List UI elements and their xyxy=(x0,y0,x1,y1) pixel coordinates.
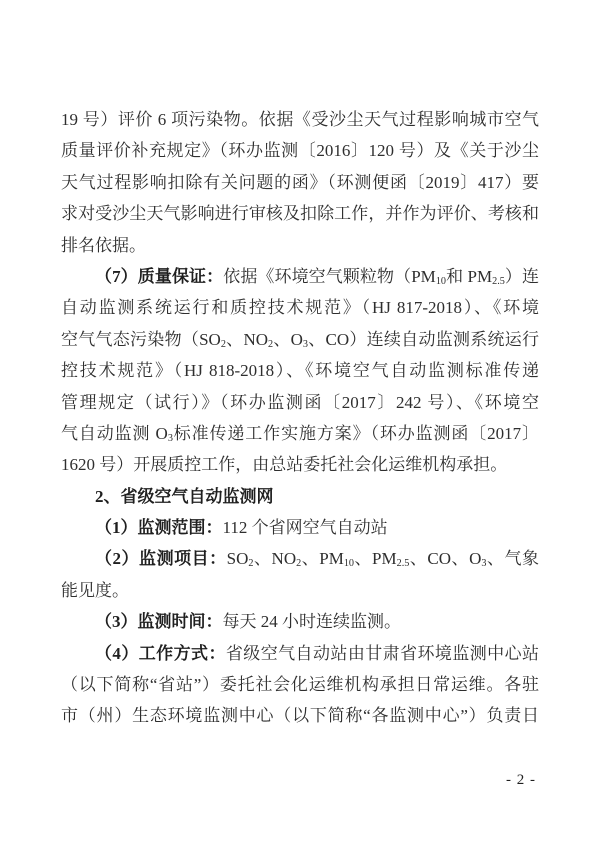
para-monitoring-items: （2）监测项目：SO2、NO2、PM10、PM2.5、CO、O3、气象五参数、能… xyxy=(61,543,539,606)
text-line: 空气气态污染物（SO2、NO2、O3、CO）连续自动监测系统运行和质 xyxy=(61,324,539,355)
body-text: SO xyxy=(227,549,249,568)
body-text: 依据《环境空气颗粒物（PM xyxy=(223,267,436,286)
text-line: 气自动监测 O3标准传递工作实施方案》（环办监测函〔2017〕 xyxy=(61,418,539,449)
para-sanddust-deduction: 19 号）评价 6 项污染物。依据《受沙尘天气过程影响城市空气质量评价补充规定》… xyxy=(61,104,539,261)
text-line: （4）工作方式：省级空气自动站由甘肃省环境监测中心站 xyxy=(61,638,539,669)
text-line: 能见度。 xyxy=(61,575,539,606)
body-text: 和 PM xyxy=(446,267,492,286)
bold-label: （7）质量保证： xyxy=(95,267,223,286)
para-monitoring-time: （3）监测时间：每天 24 小时连续监测。 xyxy=(61,606,539,637)
body-text: 112 个省网空气自动站 xyxy=(223,518,388,537)
para-monitoring-scope: （1）监测范围：112 个省网空气自动站 xyxy=(61,512,539,543)
text-line: 2、省级空气自动监测网 xyxy=(61,481,539,512)
body-text: 省级空气自动站由甘肃省环境监测中心站 xyxy=(226,644,539,663)
text-line: 控技术规范》（HJ 818-2018）、《环境空气自动监测标准传递 xyxy=(61,355,539,386)
text-line: 市（州）生态环境监测中心（以下简称“各监测中心”）负责日 xyxy=(61,700,539,731)
subscript-text: 10 xyxy=(344,559,354,570)
body-text: 气自动监测 O xyxy=(61,424,168,443)
body-text: 管理规定（试行）》（环办监测函〔2017〕242 号）、《环境空 xyxy=(61,393,539,412)
bold-label: （4）工作方式： xyxy=(95,644,226,663)
text-line: （以下简称“省站”）委托社会化运维机构承担日常运维。各驻 xyxy=(61,669,539,700)
bold-label: （1）监测范围： xyxy=(95,518,223,537)
body-text: 、CO、O xyxy=(409,549,481,568)
body-text: 质量评价补充规定》（环办监测〔2016〕120 号）及《关于沙尘 xyxy=(61,141,539,160)
text-line: （7）质量保证：依据《环境空气颗粒物（PM10和 PM2.5）连续 xyxy=(61,261,539,292)
body-text: 1620 号）开展质控工作，由总站委托社会化运维机构承担。 xyxy=(61,455,507,474)
para-work-method: （4）工作方式：省级空气自动站由甘肃省环境监测中心站（以下简称“省站”）委托社会… xyxy=(61,638,539,732)
body-text: 标准传递工作实施方案》（环办监测函〔2017〕 xyxy=(173,424,539,443)
body-text: 每天 24 小时连续监测。 xyxy=(223,612,402,631)
text-line: 天气过程影响扣除有关问题的函》（环测便函〔2019〕417）要 xyxy=(61,167,539,198)
document-body: 19 号）评价 6 项污染物。依据《受沙尘天气过程影响城市空气质量评价补充规定》… xyxy=(61,104,539,732)
body-text: 能见度。 xyxy=(61,581,129,600)
text-line: 求对受沙尘天气影响进行审核及扣除工作，并作为评价、考核和 xyxy=(61,198,539,229)
text-line: 管理规定（试行）》（环办监测函〔2017〕242 号）、《环境空 xyxy=(61,387,539,418)
body-text: 排名依据。 xyxy=(61,236,146,255)
page-number: - 2 - xyxy=(506,772,536,789)
text-line: 质量评价补充规定》（环办监测〔2016〕120 号）及《关于沙尘 xyxy=(61,135,539,166)
text-line: 19 号）评价 6 项污染物。依据《受沙尘天气过程影响城市空气 xyxy=(61,104,539,135)
body-text: 19 号）评价 6 项污染物。依据《受沙尘天气过程影响城市空气 xyxy=(61,110,539,129)
body-text: 、O xyxy=(273,330,303,349)
subscript-text: 2.5 xyxy=(492,276,505,287)
body-text: （以下简称“省站”）委托社会化运维机构承担日常运维。各驻 xyxy=(61,675,539,694)
bold-label: （3）监测时间： xyxy=(95,612,223,631)
body-text: 天气过程影响扣除有关问题的函》（环测便函〔2019〕417）要 xyxy=(61,173,539,192)
text-line: 自动监测系统运行和质控技术规范》（HJ 817-2018）、《环境 xyxy=(61,292,539,323)
body-text: 求对受沙尘天气影响进行审核及扣除工作，并作为评价、考核和 xyxy=(61,204,539,223)
bold-label: 2、省级空气自动监测网 xyxy=(95,487,274,506)
text-line: 1620 号）开展质控工作，由总站委托社会化运维机构承担。 xyxy=(61,449,539,480)
text-line: 排名依据。 xyxy=(61,230,539,261)
subscript-text: 10 xyxy=(436,276,446,287)
subscript-text: 2.5 xyxy=(397,559,410,570)
text-line: （3）监测时间：每天 24 小时连续监测。 xyxy=(61,606,539,637)
body-text: 、NO xyxy=(226,330,268,349)
body-text: 空气气态污染物（SO xyxy=(61,330,221,349)
body-text: 、NO xyxy=(254,549,297,568)
heading-provincial-network: 2、省级空气自动监测网 xyxy=(61,481,539,512)
para-quality-assurance: （7）质量保证：依据《环境空气颗粒物（PM10和 PM2.5）连续自动监测系统运… xyxy=(61,261,539,481)
bold-label: （2）监测项目： xyxy=(95,549,227,568)
text-line: （2）监测项目：SO2、NO2、PM10、PM2.5、CO、O3、气象五参数、 xyxy=(61,543,539,574)
body-text: 市（州）生态环境监测中心（以下简称“各监测中心”）负责日 xyxy=(61,706,539,725)
body-text: 、PM xyxy=(354,549,397,568)
body-text: 控技术规范》（HJ 818-2018）、《环境空气自动监测标准传递 xyxy=(61,361,539,380)
document-page: 19 号）评价 6 项污染物。依据《受沙尘天气过程影响城市空气质量评价补充规定》… xyxy=(0,0,600,848)
text-line: （1）监测范围：112 个省网空气自动站 xyxy=(61,512,539,543)
body-text: 自动监测系统运行和质控技术规范》（HJ 817-2018）、《环境 xyxy=(61,298,539,317)
body-text: 、PM xyxy=(301,549,344,568)
